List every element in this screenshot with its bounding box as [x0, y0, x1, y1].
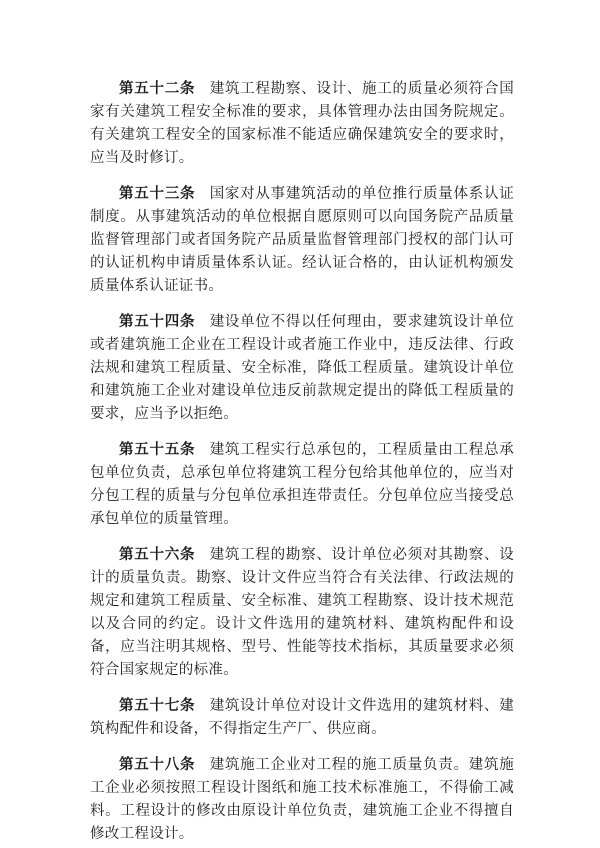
article-paragraph: 第五十七条建筑设计单位对设计文件选用的建筑材料、建筑构配件和设备，不得指定生产厂…: [90, 695, 514, 741]
article-number: 第五十七条: [119, 698, 210, 714]
document-page: 第五十二条建筑工程勘察、设计、施工的质量必须符合国家有关建筑工程安全标准的要求，…: [0, 0, 600, 848]
article-number: 第五十五条: [119, 442, 210, 458]
article-paragraph: 第五十三条国家对从事建筑活动的单位推行质量体系认证制度。从事建筑活动的单位根据自…: [90, 183, 514, 298]
article-number: 第五十六条: [119, 547, 210, 563]
article-paragraph: 第五十四条建设单位不得以任何理由，要求建筑设计单位或者建筑施工企业在工程设计或者…: [90, 311, 514, 426]
article-paragraph: 第五十八条建筑施工企业对工程的施工质量负责。建筑施工企业必须按照工程设计图纸和施…: [90, 754, 514, 846]
article-text: 国家对从事建筑活动的单位推行质量体系认证制度。从事建筑活动的单位根据自愿原则可以…: [90, 186, 514, 294]
article-number: 第五十二条: [119, 81, 210, 97]
article-number: 第五十三条: [119, 186, 210, 202]
article-paragraph: 第五十五条建筑工程实行总承包的，工程质量由工程总承包单位负责，总承包单位将建筑工…: [90, 439, 514, 531]
article-number: 第五十四条: [119, 314, 210, 330]
article-text: 建设单位不得以任何理由，要求建筑设计单位或者建筑施工企业在工程设计或者施工作业中…: [90, 314, 514, 422]
article-text: 建筑工程的勘察、设计单位必须对其勘察、设计的质量负责。勘察、设计文件应当符合有关…: [90, 547, 514, 678]
article-paragraph: 第五十六条建筑工程的勘察、设计单位必须对其勘察、设计的质量负责。勘察、设计文件应…: [90, 544, 514, 682]
article-paragraph: 第五十二条建筑工程勘察、设计、施工的质量必须符合国家有关建筑工程安全标准的要求，…: [90, 78, 514, 170]
article-number: 第五十八条: [119, 757, 210, 773]
